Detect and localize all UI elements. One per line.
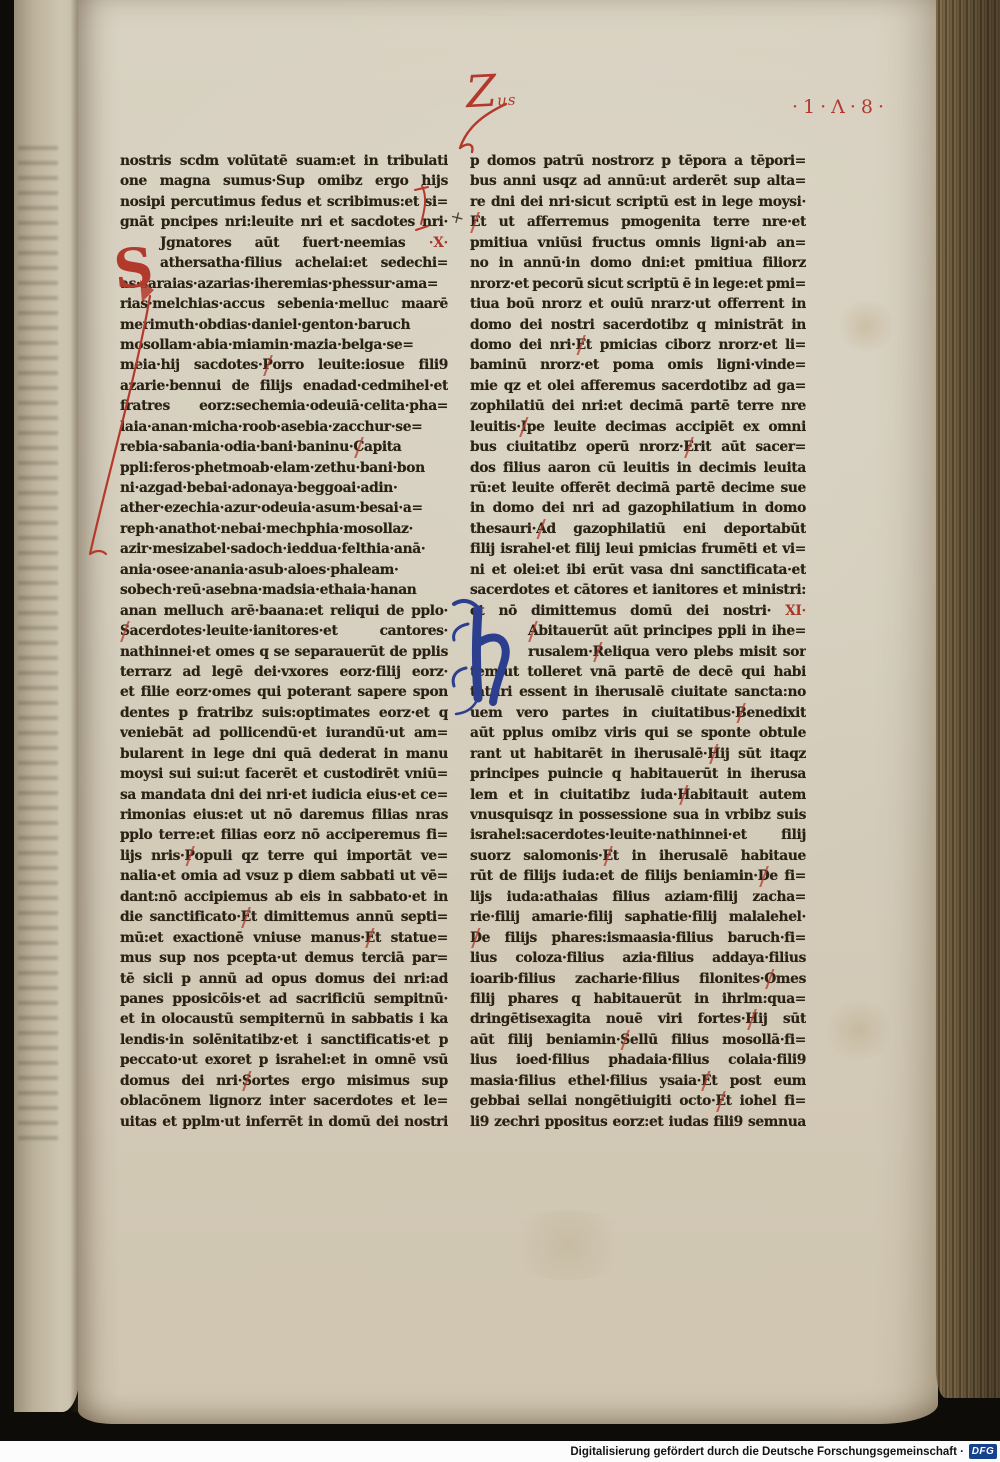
text-line: azarie·bennui de filijs enadad·cedmihel·…	[120, 376, 448, 396]
text-line: sa mandata dni dei nri·et iudicia eius·e…	[120, 785, 448, 805]
initial-s-flourish	[80, 258, 164, 570]
text-line: bularent in lege dni quā dederat in manu	[120, 744, 448, 764]
text-line: De filijs phares:ismaasia·filius baruch·…	[470, 928, 806, 948]
text-line: filij phares q habitauerūt in ihrlm:qua=	[470, 989, 806, 1009]
text-line: lem et in ciuitatibz iuda·Habitauit aute…	[470, 785, 806, 805]
text-line: rusalem·Reliqua vero plebs misit sor	[470, 642, 806, 662]
text-line: mū:et exactionē vniuse manus·Et statue=	[120, 928, 448, 948]
text-line: lijs nris·Populi qz terre qui importāt v…	[120, 846, 448, 866]
text-line: et nō dimittemus domū dei nostri· XI·	[470, 601, 806, 621]
text-line: leuitis·Ipe leuite decimas accipiēt ex o…	[470, 417, 806, 437]
text-line: azir·mesizabel·sadoch·ieddua·felthia·anā…	[120, 539, 448, 559]
text-line: thesauri·Ad gazophilatiū eni deportabūt	[470, 519, 806, 539]
text-line: ioarib·filius zacharie·filius filonites·…	[470, 969, 806, 989]
text-line: aūt pplus omibz viris qui se sponte obtu…	[470, 723, 806, 743]
text-line: no in annū·in domo dni:et pmitiua filior…	[470, 253, 806, 273]
previous-page-edge	[14, 0, 80, 1412]
credit-text: Digitalisierung gefördert durch die Deut…	[570, 1446, 964, 1458]
text-line: bus anni usqz ad annū:ut arderēt sup alt…	[470, 171, 806, 191]
text-line: mus sup nos pcepta·ut demus terciā par=	[120, 948, 448, 968]
text-line: dos filius aaron cū leuitis in decimis l…	[470, 458, 806, 478]
text-line: mie qz et olei afferemus sacerdotibz ad …	[470, 376, 806, 396]
text-line: rant ut habitarēt in iherusalē·Hij sūt i…	[470, 744, 806, 764]
text-line: Abitauerūt aūt principes ppli in ihe=	[470, 621, 806, 641]
margin-rubric-mark	[412, 180, 436, 240]
text-line: bus ciuitatibz operū nrorz·Erit aūt sace…	[470, 437, 806, 457]
text-line: veniebāt ad pollicendū·et iurandū·ut am=	[120, 723, 448, 743]
text-line: dringētisexagita nouē viri fortes·Hij sū…	[470, 1009, 806, 1029]
text-line: tem·ut tolleret vnā partē de decē qui ha…	[470, 662, 806, 682]
text-line: panes pposicōis·et ad sacrificiū sempitn…	[120, 989, 448, 1009]
text-line: lius ioed·filius phadaia·filius colaia·f…	[470, 1050, 806, 1070]
text-line: in domo dei nri ad gazophilatium in domo	[470, 498, 806, 518]
text-line: as·saraias·azarias·iheremias·phessur·ama…	[120, 274, 448, 294]
text-line: domus dei nri·Sortes ergo misimus sup	[120, 1071, 448, 1091]
text-line: filij israhel·et filij leui pmicias frum…	[470, 539, 806, 559]
text-line: anan melluch arē·baana:et reliqui de ppl…	[120, 601, 448, 621]
text-line: domo dei nri·Et pmicias ciborz nrorz·et …	[470, 335, 806, 355]
text-line: nrorz·et pecorū sicut scriptū ē in lege:…	[470, 274, 806, 294]
text-line: dentes p fratribz suis:optimates eorz·et…	[120, 703, 448, 723]
text-line: principes puincie q habitauerūt in iheru…	[470, 764, 806, 784]
text-line: Sacerdotes·leuite·ianitores·et cantores·	[120, 621, 448, 641]
text-line: li9 zechri ppositus eorz:et iudas fili9 …	[470, 1112, 806, 1132]
text-line: uitas et pplm·ut inferrēt in domū dei no…	[120, 1112, 448, 1132]
text-line: reph·anathot·nebai·mechphia·mosollaz·	[120, 519, 448, 539]
text-line: sobech·reū·asebna·madsia·ethaia·hanan	[120, 580, 448, 600]
text-line: rū:et leuite offerēt decimā partē decime…	[470, 478, 806, 498]
running-head-flourish	[450, 96, 520, 156]
text-line: die sanctificato·Et dimittemus annū sept…	[120, 907, 448, 927]
text-line: mosollam·abia·miamin·mazia·belga·se=	[120, 335, 448, 355]
text-line: terrarz ad legē dei·vxores eorz·filij eo…	[120, 662, 448, 682]
text-line: gebbai sellai nongētiuigiti octo·Et iohe…	[470, 1091, 806, 1111]
folio-number: ·1·Λ·8·	[792, 96, 889, 118]
text-line: et filie eorz·omes qui poterant sapere s…	[120, 682, 448, 702]
text-line: sacerdotes et cātores et ianitores et mi…	[470, 580, 806, 600]
text-line: one magna sumus·Sup omibz ergo hijs	[120, 171, 448, 191]
text-line: rie·filij amarie·filij saphatie·filij ma…	[470, 907, 806, 927]
text-line: ather·ezechia·azur·odeuia·asum·besai·a=	[120, 498, 448, 518]
text-line: lius coloza·filius azia·filius addaya·fi…	[470, 948, 806, 968]
text-line: moysi sui sui:ut facerēt et custodirēt v…	[120, 764, 448, 784]
parchment-stain	[834, 300, 898, 352]
text-line: merimuth·obdias·daniel·genton·baruch	[120, 315, 448, 335]
text-line: pmitiua vniūsi fructus omnis ligni·ab an…	[470, 233, 806, 253]
text-line: nathinnei·et omes q se separauerūt de pp…	[120, 642, 448, 662]
text-column-left: nostris scdm volūtatē suam:et in tribula…	[120, 151, 448, 1137]
text-line: Jgnatores aūt fuert·neemias ·X·	[120, 233, 448, 253]
parchment-stain	[498, 1210, 638, 1280]
text-line: tiua boū nrorz et ouiū nrarz·ut offerren…	[470, 294, 806, 314]
text-line: meia·hij sacdotes·Porro leuite:iosue fil…	[120, 355, 448, 375]
text-column-right: p domos patrū nostrorz p tēpora a tēpori…	[470, 151, 806, 1137]
book-fore-edge	[936, 0, 1000, 1398]
text-line: nostris scdm volūtatē suam:et in tribula…	[120, 151, 448, 171]
text-line: rias·melchias·accus sebenia·melluc maarē	[120, 294, 448, 314]
text-line: dant:nō accipiemus ab eis in sabbato·et …	[120, 887, 448, 907]
text-line: nosipi percutimus fedus et scribimus:et …	[120, 192, 448, 212]
text-line: fratres eorz:sechemia·odeuiā·celita·pha=	[120, 396, 448, 416]
text-line: laia·anan·micha·roob·asebia·zacchur·se=	[120, 417, 448, 437]
parchment-stain	[822, 1000, 896, 1060]
text-line: lendis·in solēnitatibz·et i sanctificati…	[120, 1030, 448, 1050]
digitization-credit-bar: Digitalisierung gefördert durch die Deut…	[0, 1441, 1000, 1462]
text-line: ni·azgad·bebai·adonaya·beggoai·adin·	[120, 478, 448, 498]
text-line: nalia·et omia ad vsuz p diem sabbati ut …	[120, 866, 448, 886]
text-line: aūt filij beniamin·Sellū filius mosollā·…	[470, 1030, 806, 1050]
text-line: ni et olei:et ibi erūt vasa dni sanctifi…	[470, 560, 806, 580]
text-line: ania·osee·anania·asub·aloes·phaleam·	[120, 560, 448, 580]
text-line: p domos patrū nostrorz p tēpora a tēpori…	[470, 151, 806, 171]
text-line: re dni dei nri·sicut scriptū est in lege…	[470, 192, 806, 212]
blue-initial-h	[446, 596, 520, 718]
text-line: domo dei nostri sacerdotibz q ministrāt …	[470, 315, 806, 335]
text-line: tē sicli p annū ad opus domus dei nri:ad	[120, 969, 448, 989]
text-line: ppli:feros·phetmoab·elam·zethu·bani·bon	[120, 458, 448, 478]
text-line: et in olocaustū sempiternū in sabbatis i…	[120, 1009, 448, 1029]
text-line: athersatha·filius achelai:et sedechi=	[120, 253, 448, 273]
dfg-logo: DFG	[969, 1444, 997, 1459]
text-line: peccato·ut exoret p israhel:et in omnē v…	[120, 1050, 448, 1070]
text-line: oblacōnem lignorz inter sacerdotes et le…	[120, 1091, 448, 1111]
text-line: rūt de filijs iuda:et de filijs beniamin…	[470, 866, 806, 886]
text-line: zophilatiū dei nri:et decimā partē terre…	[470, 396, 806, 416]
text-line: gnāt pncipes nri:leuite nri et sacdotes …	[120, 212, 448, 232]
text-line: baminū nrorz·et poma omis ligni·vinde=	[470, 355, 806, 375]
showthrough-text	[18, 140, 58, 1140]
text-line: rimonias eius:et ut nō daremus filias nr…	[120, 805, 448, 825]
text-line: lijs iuda:athaias filius aziam·filij zac…	[470, 887, 806, 907]
gutter-cross-mark: +	[448, 207, 467, 230]
text-line: vnusquisqz in possessione sua in vrbibz …	[470, 805, 806, 825]
text-line: masia·filius ethel·filius ysaia·Et post …	[470, 1071, 806, 1091]
text-line: uem vero partes in ciuitatibus·Benedixit	[470, 703, 806, 723]
text-line: pplo terre:et filias eorz nō acciperemus…	[120, 825, 448, 845]
manuscript-page: Zus ·1·Λ·8· 1Λ0 nostris scdm volūtatē su…	[78, 0, 938, 1424]
scan-background: Zus ·1·Λ·8· 1Λ0 nostris scdm volūtatē su…	[0, 0, 1000, 1462]
text-line: Et ut afferremus pmogenita terre nre·et	[470, 212, 806, 232]
text-line: taturi essent in iherusalē ciuitate sanc…	[470, 682, 806, 702]
text-line: suorz salomonis·Et in iherusalē habitaue	[470, 846, 806, 866]
text-line: rebia·sabania·odia·bani·baninu·Capita	[120, 437, 448, 457]
text-line: israhel:sacerdotes·leuite·nathinnei·et f…	[470, 825, 806, 845]
